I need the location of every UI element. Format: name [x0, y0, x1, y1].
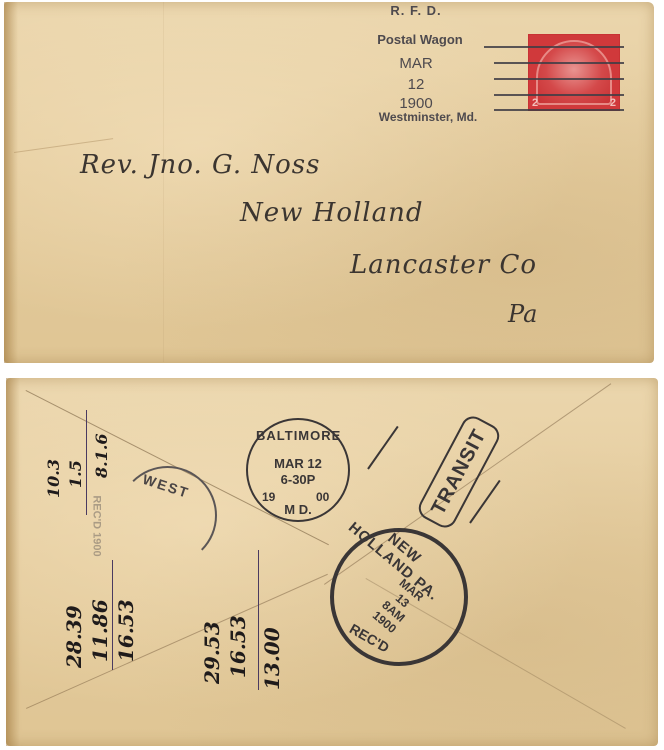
calc-center-2: 16.53 [226, 615, 250, 678]
calc-divider-center [258, 550, 259, 690]
postmark-line1: R. F. D. [356, 4, 476, 17]
calc-left-3: 16.53 [114, 599, 138, 662]
postmark-year: 1900 [376, 96, 456, 111]
calc-divider-left [112, 560, 113, 670]
calc-center-3: 13.00 [260, 627, 284, 690]
addressee-name: Rev. Jno. G. Noss [80, 150, 320, 180]
paper-crease [163, 2, 164, 362]
baltimore-postmark-time: 6-30P [268, 472, 328, 487]
calc-center-1: 29.53 [200, 621, 224, 684]
calc-top-left-2: 1.5 [66, 460, 85, 488]
calc-top-left-1: 10.3 [44, 459, 63, 498]
baltimore-postmark-city: BALTIMORE [256, 428, 340, 443]
new-holland-postmark: NEW HOLLAND PA. MAR 13 8AM 1900 REC'D [330, 528, 468, 666]
calc-left-2: 11.86 [88, 599, 112, 662]
cancellation-lines [484, 40, 634, 120]
baltimore-postmark-date: MAR 12 [268, 456, 328, 471]
torn-edge [6, 378, 20, 746]
address-state: Pa [508, 300, 537, 328]
baltimore-postmark-year-left: 19 [262, 490, 275, 504]
transit-marking: TRANSIT [380, 432, 492, 512]
baltimore-postmark-year-right: 00 [316, 490, 329, 504]
address-county: Lancaster Co [350, 250, 537, 280]
baltimore-postmark-state: M D. [278, 502, 318, 517]
postmark-line2: Postal Wagon [356, 33, 484, 46]
calc-left-1: 28.39 [62, 605, 86, 668]
postmark-city: Westminster, Md. [362, 111, 494, 123]
baltimore-postmark: BALTIMORE MAR 12 6-30P 19 00 M D. [246, 418, 350, 522]
faint-received-stamp: REC'D 1900 [91, 495, 103, 556]
postmark-month: MAR [376, 56, 456, 71]
partial-postmark-text: WEST [141, 471, 192, 501]
calc-divider-top [86, 410, 87, 515]
address-town: New Holland [240, 198, 424, 228]
torn-edge [4, 2, 18, 363]
postmark-day: 12 [376, 77, 456, 92]
calc-top-left-3: 8.1.6 [92, 433, 111, 478]
partial-west-postmark: WEST [118, 466, 217, 565]
